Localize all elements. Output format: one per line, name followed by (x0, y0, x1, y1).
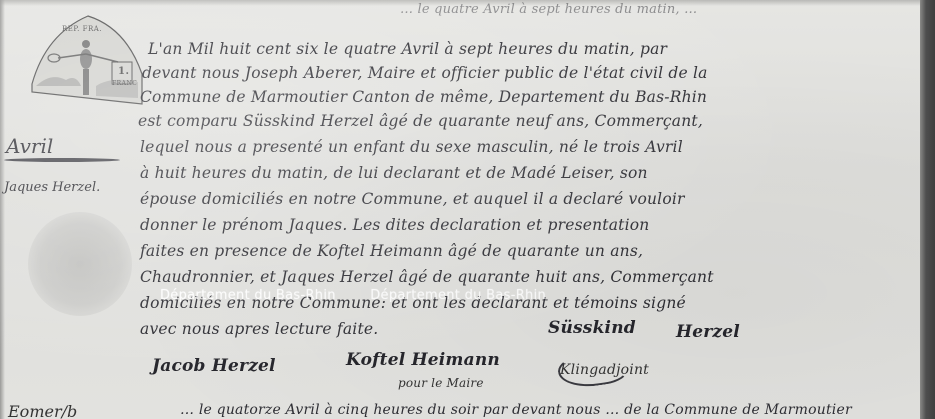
record-line-4: est comparu Süsskind Herzel âgé de quara… (138, 112, 703, 130)
signature-witness-2: Koftel Heimann (346, 350, 500, 370)
record-line-2: devant nous Joseph Aberer, Maire et offi… (142, 64, 708, 82)
tax-stamp: REP. FRA. 1. FRANC (26, 14, 146, 106)
signature-witness-1: Jacob Herzel (152, 356, 276, 376)
margin-subject-name: Jaques Herzel. (4, 180, 100, 195)
archive-watermark: Département du Bas-Rhin Département du B… (160, 288, 576, 303)
margin-month-title: Avril (6, 134, 53, 158)
dry-seal-icon (28, 212, 132, 316)
stamp-value: 1. (118, 66, 129, 77)
book-binding-edge (920, 0, 935, 419)
page-left-shadow (0, 0, 5, 419)
stamp-unit: FRANC (112, 80, 137, 87)
record-line-6: à huit heures du matin, de lui declarant… (140, 164, 648, 182)
mayor-paraph-flourish (556, 347, 630, 390)
record-line-10: Chaudronnier, et Jaques Herzel âgé de qu… (140, 268, 714, 286)
watermark-text-2: Département du Bas-Rhin (370, 288, 546, 303)
stamp-republic-text: REP. FRA. (62, 25, 102, 33)
mayor-label: pour le Maire (398, 376, 484, 390)
record-line-9: faites en presence de Koftel Heimann âgé… (140, 242, 643, 260)
record-line-1: L'an Mil huit cent six le quatre Avril à… (148, 40, 667, 58)
record-line-8: donner le prénom Jaques. Les dites decla… (140, 216, 649, 234)
signature-declarant-2: Herzel (676, 322, 740, 342)
document-page: … le quatre Avril à sept heures du matin… (0, 0, 920, 419)
watermark-text-1: Département du Bas-Rhin (160, 288, 336, 303)
record-line-7: épouse domiciliés en notre Commune, et a… (140, 190, 685, 208)
record-line-5: lequel nous a presenté un enfant du sexe… (140, 138, 683, 156)
previous-entry-partial-line: … le quatre Avril à sept heures du matin… (400, 2, 697, 17)
margin-next-entry-name: Eomer/b (8, 402, 77, 419)
signature-declarant-1: Süsskind (548, 318, 636, 338)
record-line-12: avec nous apres lecture faite. (140, 320, 378, 338)
record-line-3: Commune de Marmoutier Canton de même, De… (140, 88, 707, 106)
margin-underline-flourish (4, 158, 120, 162)
next-entry-partial-line: … le quatorze Avril à cinq heures du soi… (180, 402, 852, 418)
